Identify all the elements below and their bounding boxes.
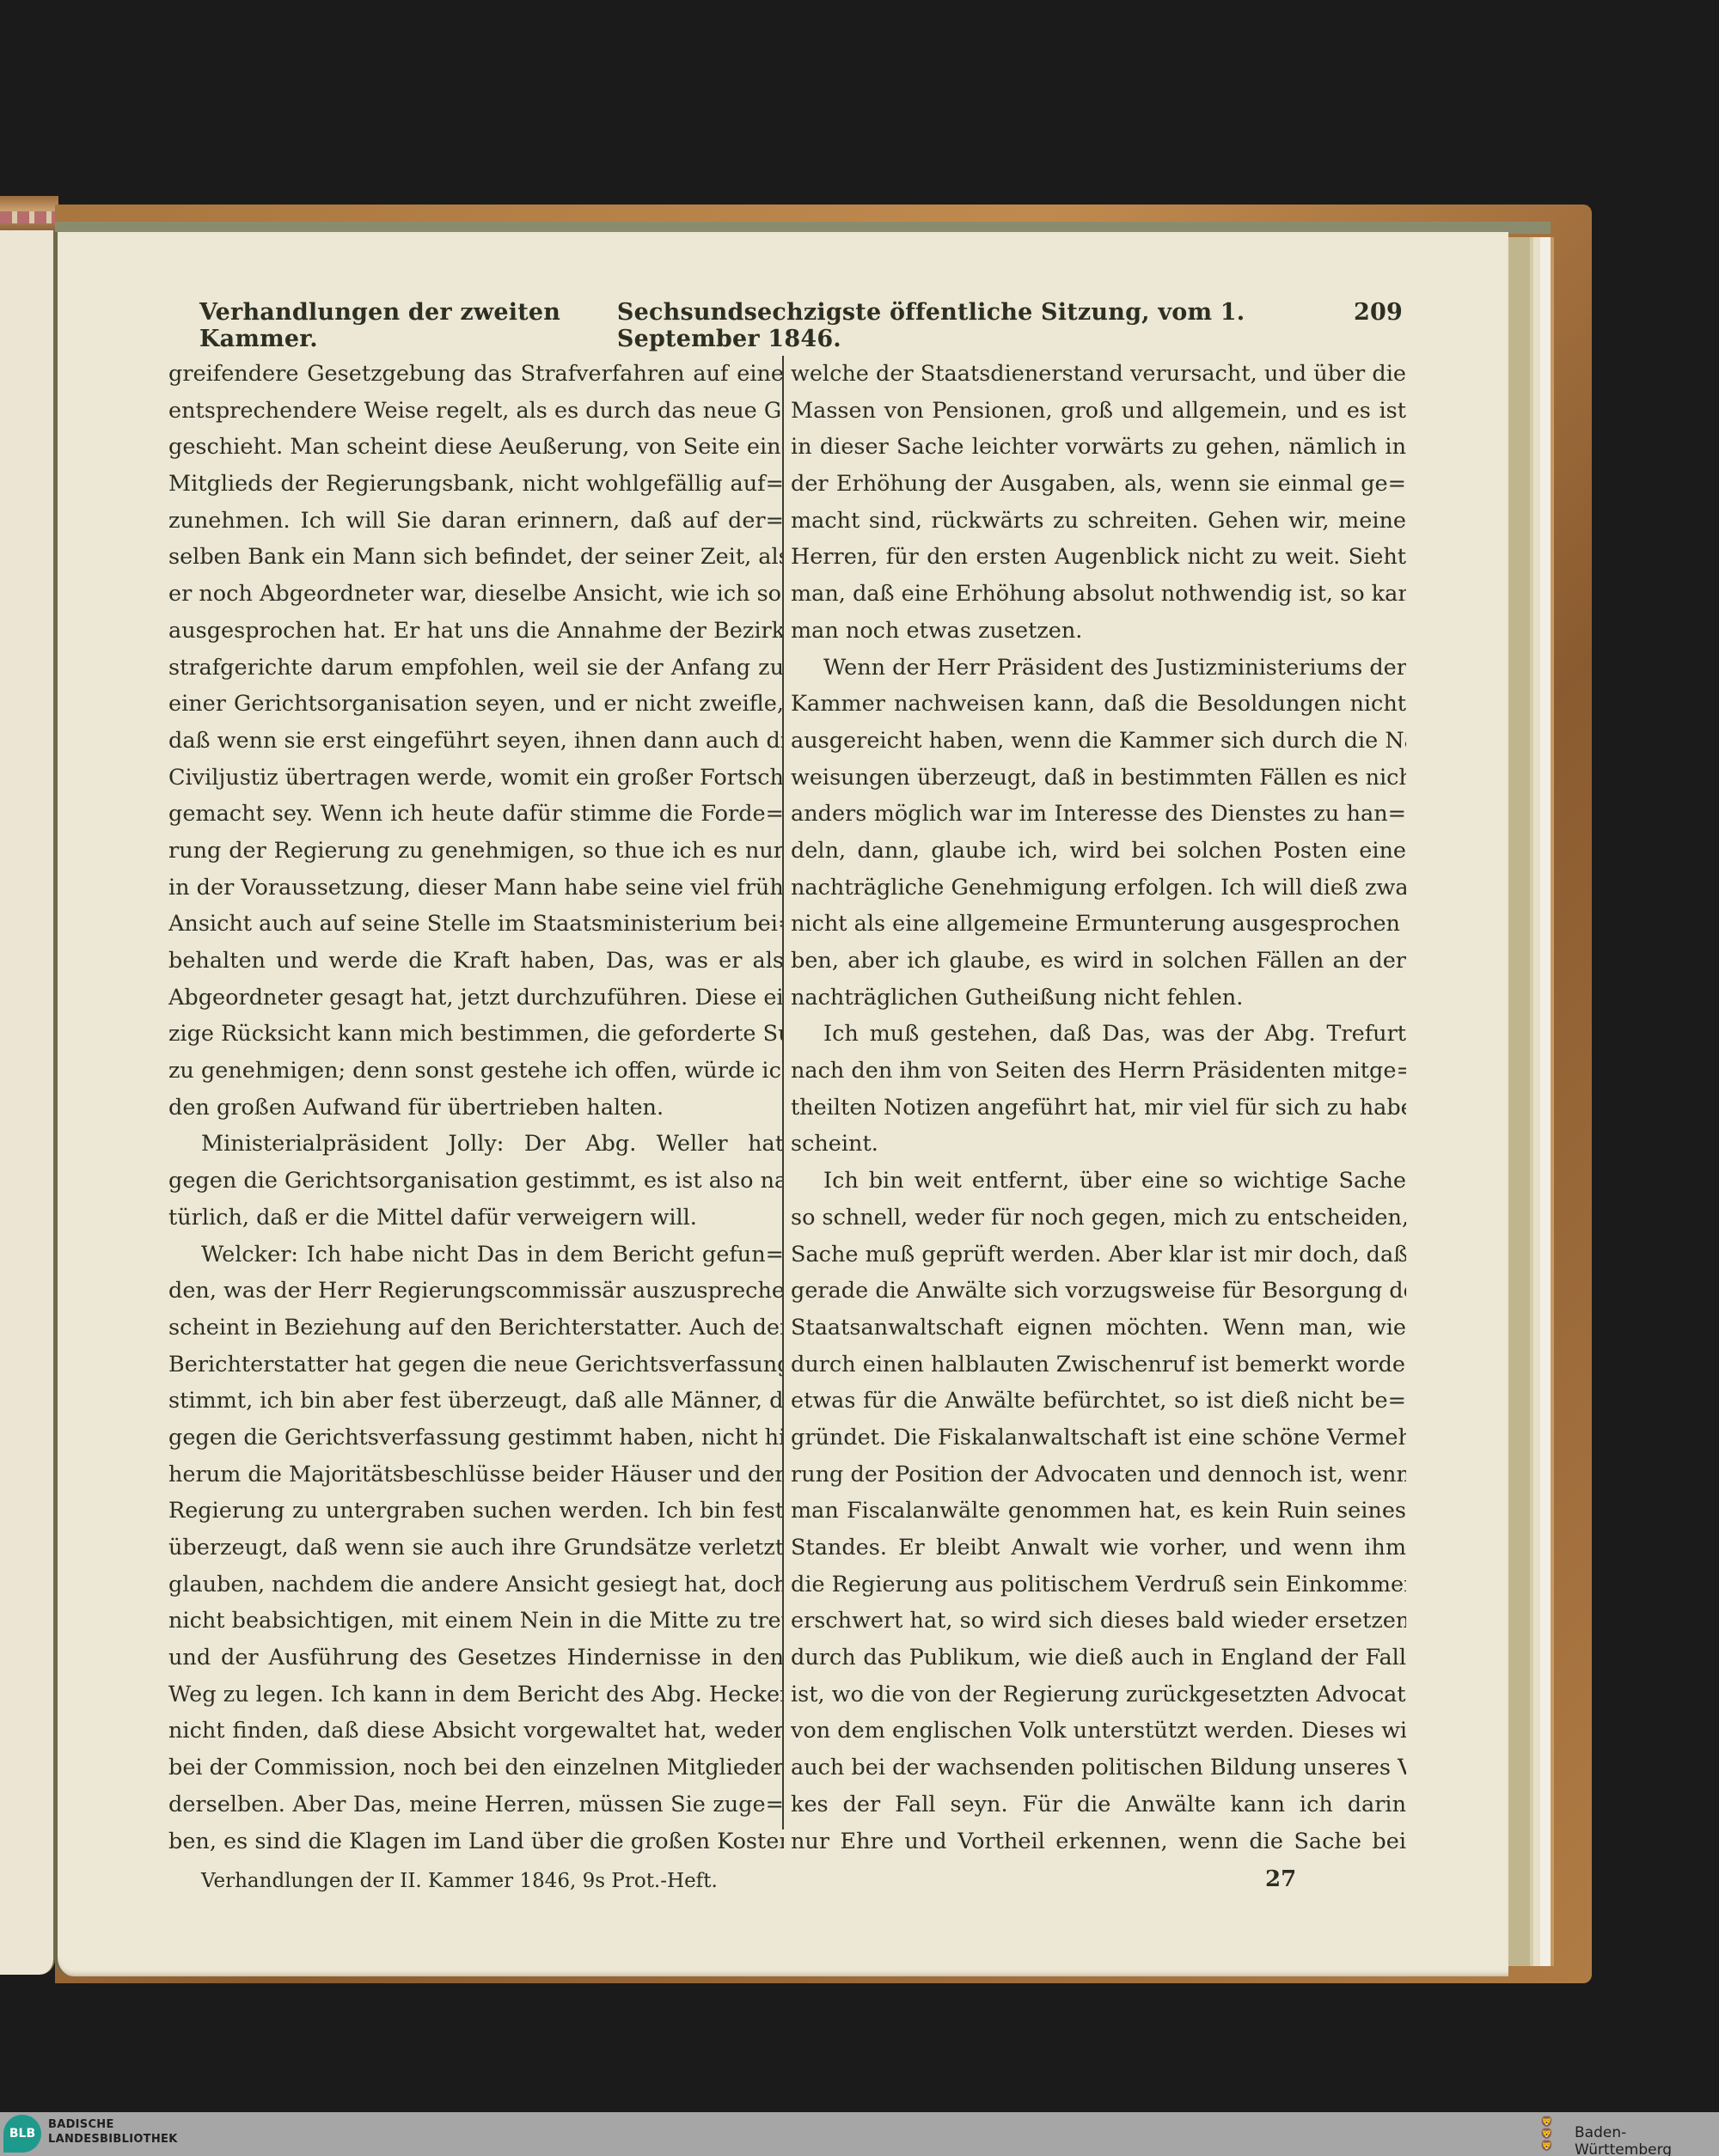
text-line: ausgesprochen hat. Er hat uns die Annahm…	[168, 613, 784, 650]
text-line: zunehmen. Ich will Sie daran erinnern, d…	[168, 503, 784, 540]
text-line: scheint.	[791, 1126, 1406, 1163]
signature-line: Verhandlungen der II. Kammer 1846, 9s Pr…	[201, 1870, 718, 1892]
text-line: anders möglich war im Interesse des Dien…	[791, 796, 1406, 833]
text-line: ben, aber ich glaube, es wird in solchen…	[791, 943, 1406, 980]
text-line: er noch Abgeordneter war, dieselbe Ansic…	[168, 576, 784, 613]
text-line: gerade die Anwälte sich vorzugsweise für…	[791, 1273, 1406, 1310]
text-line: kes der Fall seyn. Für die Anwälte kann …	[791, 1786, 1406, 1823]
text-line: Mitglieds der Regierungsbank, nicht wohl…	[168, 466, 784, 503]
text-line: nur Ehre und Vortheil erkennen, wenn die…	[791, 1823, 1406, 1860]
text-line: gründet. Die Fiskalanwaltschaft ist eine…	[791, 1420, 1406, 1457]
text-line: derselben. Aber Das, meine Herren, müsse…	[168, 1786, 784, 1823]
blb-name-line2: LANDESBIBLIOTHEK	[48, 2132, 178, 2147]
library-banner: BLB BADISCHE LANDESBIBLIOTHEK 🦁 🦁 🦁 Bade…	[0, 2112, 1719, 2156]
text-line: nachträgliche Genehmigung erfolgen. Ich …	[791, 870, 1406, 907]
text-line: erschwert hat, so wird sich dieses bald …	[791, 1603, 1406, 1640]
text-line: und der Ausführung des Gesetzes Hinderni…	[168, 1640, 784, 1677]
column-rule	[782, 356, 784, 1829]
text-line: von dem englischen Volk unterstützt werd…	[791, 1713, 1406, 1750]
left-page-sliver	[0, 230, 55, 1975]
text-line: Welcker: Ich habe nicht Das in dem Beric…	[168, 1237, 784, 1273]
text-line: behalten und werde die Kraft haben, Das,…	[168, 943, 784, 980]
text-line: man, daß eine Erhöhung absolut nothwendi…	[791, 576, 1406, 613]
text-line: nicht finden, daß diese Absicht vorgewal…	[168, 1713, 784, 1750]
text-line: entsprechendere Weise regelt, als es dur…	[168, 393, 784, 430]
text-line: der Erhöhung der Ausgaben, als, wenn sie…	[791, 466, 1406, 503]
text-line: Ich bin weit entfernt, über eine so wich…	[791, 1163, 1406, 1200]
text-line: gemacht sey. Wenn ich heute dafür stimme…	[168, 796, 784, 833]
text-line: welche der Staatsdienerstand verursacht,…	[791, 356, 1406, 393]
text-line: in der Voraussetzung, dieser Mann habe s…	[168, 870, 784, 907]
text-line: nicht als eine allgemeine Ermunterung au…	[791, 906, 1406, 943]
sheet-number: 27	[1265, 1866, 1296, 1892]
text-line: rung der Regierung zu genehmigen, so thu…	[168, 833, 784, 870]
blb-name[interactable]: BADISCHE LANDESBIBLIOTHEK	[48, 2117, 178, 2147]
text-line: Berichterstatter hat gegen die neue Geri…	[168, 1347, 784, 1383]
text-line: daß wenn sie erst eingeführt seyen, ihne…	[168, 723, 784, 760]
text-line: Ich muß gestehen, daß Das, was der Abg. …	[791, 1016, 1406, 1053]
left-cover-edge	[0, 196, 58, 232]
text-line: in dieser Sache leichter vorwärts zu geh…	[791, 429, 1406, 466]
three-lions-icon[interactable]: 🦁 🦁 🦁	[1540, 2116, 1563, 2152]
text-line: etwas für die Anwälte befürchtet, so ist…	[791, 1383, 1406, 1420]
blb-name-line1: BADISCHE	[48, 2117, 178, 2132]
text-line: Massen von Pensionen, groß und allgemein…	[791, 393, 1406, 430]
text-line: Standes. Er bleibt Anwalt wie vorher, un…	[791, 1530, 1406, 1567]
text-line: ist, wo die von der Regierung zurückgese…	[791, 1677, 1406, 1713]
text-line: Abgeordneter gesagt hat, jetzt durchzufü…	[168, 980, 784, 1017]
text-line: Wenn der Herr Präsident des Justizminist…	[791, 650, 1406, 687]
text-line: man noch etwas zusetzen.	[791, 613, 1406, 650]
header-left: Verhandlungen der zweiten Kammer.	[199, 299, 617, 352]
text-line: Staatsanwaltschaft eignen möchten. Wenn …	[791, 1310, 1406, 1347]
text-line: die Regierung aus politischem Verdruß se…	[791, 1567, 1406, 1603]
text-line: Regierung zu untergraben suchen werden. …	[168, 1493, 784, 1530]
text-line: geschieht. Man scheint diese Aeußerung, …	[168, 429, 784, 466]
text-line: Herren, für den ersten Augenblick nicht …	[791, 539, 1406, 576]
text-line: deln, dann, glaube ich, wird bei solchen…	[791, 833, 1406, 870]
text-line: greifendere Gesetzgebung das Strafverfah…	[168, 356, 784, 393]
text-line: theilten Notizen angeführt hat, mir viel…	[791, 1090, 1406, 1127]
left-text-column: greifendere Gesetzgebung das Strafverfah…	[168, 356, 784, 1860]
baden-wuerttemberg-name[interactable]: Baden-Württemberg	[1575, 2124, 1719, 2156]
text-line: glauben, nachdem die andere Ansicht gesi…	[168, 1567, 784, 1603]
blb-logo-icon[interactable]: BLB	[3, 2115, 41, 2153]
text-line: scheint in Beziehung auf den Berichterst…	[168, 1310, 784, 1347]
text-line: ben, es sind die Klagen im Land über die…	[168, 1823, 784, 1860]
text-line: Civiljustiz übertragen werde, womit ein …	[168, 760, 784, 797]
text-line: rung der Position der Advocaten und denn…	[791, 1457, 1406, 1493]
page-number: 209	[1354, 299, 1403, 326]
text-line: Ansicht auch auf seine Stelle im Staatsm…	[168, 906, 784, 943]
text-line: Ministerialpräsident Jolly: Der Abg. Wel…	[168, 1126, 784, 1163]
text-line: gegen die Gerichtsverfassung gestimmt ha…	[168, 1420, 784, 1457]
text-line: den großen Aufwand für übertrieben halte…	[168, 1090, 784, 1127]
text-line: weisungen überzeugt, daß in bestimmten F…	[791, 760, 1406, 797]
text-line: auch bei der wachsenden politischen Bild…	[791, 1750, 1406, 1786]
text-line: Kammer nachweisen kann, daß die Besoldun…	[791, 686, 1406, 723]
text-line: nicht beabsichtigen, mit einem Nein in d…	[168, 1603, 784, 1640]
running-header: Verhandlungen der zweiten Kammer. Sechsu…	[199, 299, 1403, 333]
text-line: ausgereicht haben, wenn die Kammer sich …	[791, 723, 1406, 760]
text-line: so schnell, weder für noch gegen, mich z…	[791, 1200, 1406, 1237]
header-center: Sechsundsechzigste öffentliche Sitzung, …	[617, 299, 1354, 352]
text-line: stimmt, ich bin aber fest überzeugt, daß…	[168, 1383, 784, 1420]
text-line: man Fiscalanwälte genommen hat, es kein …	[791, 1493, 1406, 1530]
text-line: bei der Commission, noch bei den einzeln…	[168, 1750, 784, 1786]
text-line: türlich, daß er die Mittel dafür verweig…	[168, 1200, 784, 1237]
text-line: nach den ihm von Seiten des Herrn Präsid…	[791, 1053, 1406, 1090]
text-line: Sache muß geprüft werden. Aber klar ist …	[791, 1237, 1406, 1273]
text-line: zu genehmigen; denn sonst gestehe ich of…	[168, 1053, 784, 1090]
text-line: nachträglichen Gutheißung nicht fehlen.	[791, 980, 1406, 1017]
text-line: macht sind, rückwärts zu schreiten. Gehe…	[791, 503, 1406, 540]
text-line: durch das Publikum, wie dieß auch in Eng…	[791, 1640, 1406, 1677]
text-line: Weg zu legen. Ich kann in dem Bericht de…	[168, 1677, 784, 1713]
text-line: gegen die Gerichtsorganisation gestimmt,…	[168, 1163, 784, 1200]
text-line: einer Gerichtsorganisation seyen, und er…	[168, 686, 784, 723]
right-text-column: welche der Staatsdienerstand verursacht,…	[791, 356, 1406, 1860]
text-line: selben Bank ein Mann sich befindet, der …	[168, 539, 784, 576]
text-line: herum die Majoritätsbeschlüsse beider Hä…	[168, 1457, 784, 1493]
text-line: strafgerichte darum empfohlen, weil sie …	[168, 650, 784, 687]
text-line: den, was der Herr Regierungscommissär au…	[168, 1273, 784, 1310]
text-line: zige Rücksicht kann mich bestimmen, die …	[168, 1016, 784, 1053]
text-line: überzeugt, daß wenn sie auch ihre Grunds…	[168, 1530, 784, 1567]
text-line: durch einen halblauten Zwischenruf ist b…	[791, 1347, 1406, 1383]
